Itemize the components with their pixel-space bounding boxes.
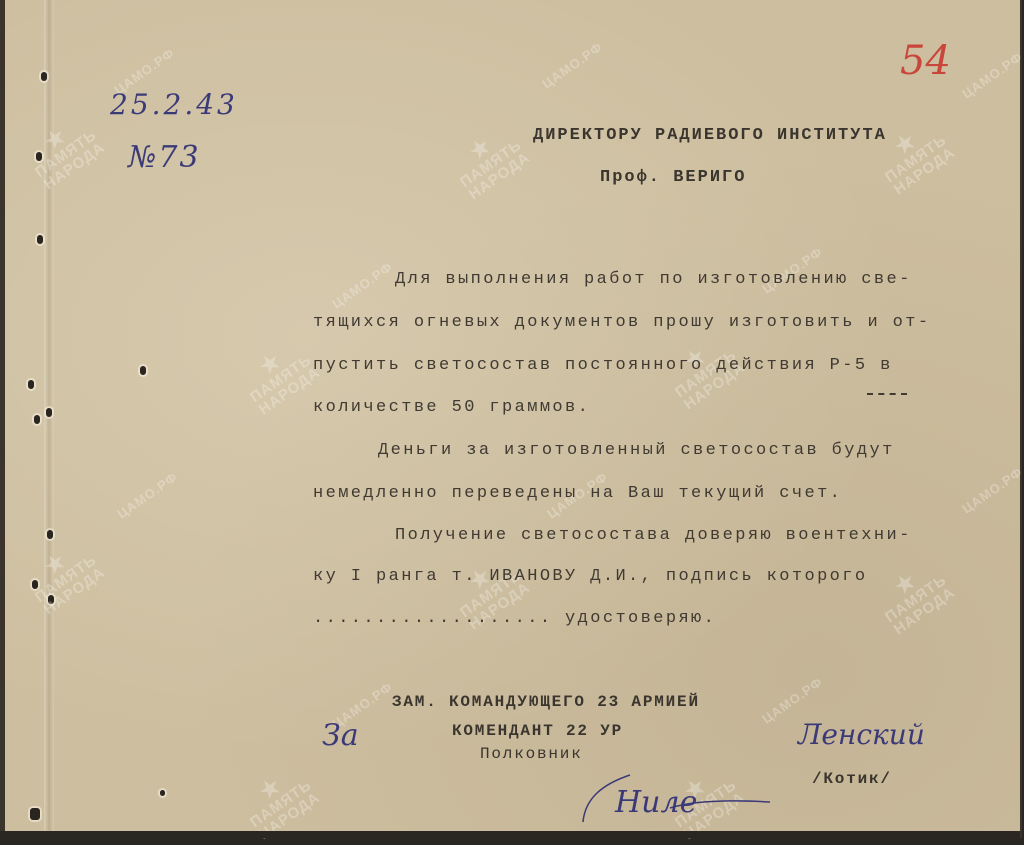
- signature-flourish: [575, 770, 775, 830]
- handwritten-date: 25.2.43: [110, 88, 238, 121]
- binding-hole: [28, 380, 34, 389]
- watermark-line: ПАМЯТЬ: [882, 572, 950, 627]
- binding-hole: [41, 72, 47, 81]
- paper-spot: [140, 366, 146, 375]
- watermark-pamyat-naroda: ★ ПАМЯТЬ НАРОДА: [20, 109, 108, 192]
- watermark-pamyat-naroda: ★ ПАМЯТЬ НАРОДА: [235, 334, 323, 417]
- watermark-tsamo: ЦАМО.РФ: [540, 40, 605, 91]
- document-page: ЦАМО.РФ ЦАМО.РФ ЦАМО.РФ ЦАМО.РФ ЦАМО.РФ …: [0, 0, 1022, 838]
- body-line-6: немедленно переведены на Ваш текущий сче…: [313, 484, 842, 503]
- watermark-line: ПАМЯТЬ: [32, 552, 100, 607]
- addressee-line-2: Проф. ВЕРИГО: [600, 168, 746, 187]
- body-line-5: Деньги за изготовленный светосостав буду…: [378, 441, 895, 460]
- watermark-line: НАРОДА: [466, 149, 533, 203]
- watermark-line: ПАМЯТЬ: [247, 352, 315, 407]
- p5-underline: [867, 393, 907, 395]
- binding-hole: [47, 530, 53, 539]
- addressee-line-1: ДИРЕКТОРУ РАДИЕВОГО ИНСТИТУТА: [533, 126, 887, 145]
- watermark-pamyat-naroda: ★ ПАМЯТЬ НАРОДА: [20, 534, 108, 617]
- star-icon: ★: [870, 554, 941, 613]
- star-icon: ★: [235, 334, 306, 393]
- binding-hole: [32, 580, 38, 589]
- archive-page-number: 54: [900, 38, 951, 84]
- watermark-tsamo: ЦАМО.РФ: [960, 465, 1024, 516]
- signatory-title-2: КОМЕНДАНТ 22 УР: [452, 722, 623, 740]
- page-bottom-edge: [0, 831, 1020, 838]
- paper-spot: [160, 790, 165, 796]
- signatory-rank: Полковник: [480, 745, 583, 763]
- star-icon: ★: [235, 759, 306, 818]
- signatory-name: /Котик/: [812, 770, 892, 788]
- watermark-line: ПАМЯТЬ: [247, 777, 315, 832]
- handwritten-signature-lensky: Ленский: [798, 718, 925, 751]
- watermark-tsamo: ЦАМО.РФ: [330, 260, 395, 311]
- watermark-tsamo: ЦАМО.РФ: [960, 50, 1024, 101]
- watermark-line: ПАМЯТЬ: [882, 132, 950, 187]
- watermark-line: НАРОДА: [891, 144, 958, 198]
- binding-hole: [48, 595, 54, 604]
- watermark-tsamo: ЦАМО.РФ: [115, 470, 180, 521]
- binding-hole: [34, 415, 40, 424]
- handwritten-number: №73: [128, 140, 201, 175]
- body-line-3: пустить светосостав постоянного действия…: [313, 356, 893, 375]
- binding-hole: [30, 808, 40, 820]
- handwritten-za: За: [322, 718, 359, 753]
- binding-hole: [36, 152, 42, 161]
- binding-fold: [44, 0, 54, 838]
- star-icon: ★: [445, 119, 516, 178]
- body-line-7: Получение светосостава доверяю воентехни…: [395, 526, 912, 545]
- page-left-edge: [0, 0, 5, 838]
- star-icon: ★: [20, 534, 91, 593]
- star-icon: ★: [20, 109, 91, 168]
- body-line-2: тящихся огневых документов прошу изготов…: [313, 313, 930, 332]
- watermark-line: НАРОДА: [891, 584, 958, 638]
- body-line-9: ................... удостоверяю.: [313, 609, 716, 628]
- binding-hole: [46, 408, 52, 417]
- signatory-title-1: ЗАМ. КОМАНДУЮЩЕГО 23 АРМИЕЙ: [392, 693, 700, 711]
- body-line-4: количестве 50 граммов.: [313, 398, 590, 417]
- watermark-pamyat-naroda: ★ ПАМЯТЬ НАРОДА: [870, 554, 958, 637]
- watermark-line: ПАМЯТЬ: [457, 137, 525, 192]
- body-line-8: ку I ранга т. ИВАНОВУ Д.И., подпись кото…: [313, 567, 867, 586]
- watermark-pamyat-naroda: ★ ПАМЯТЬ НАРОДА: [445, 119, 533, 202]
- watermark-line: ПАМЯТЬ: [32, 127, 100, 182]
- body-line-1: Для выполнения работ по изготовлению све…: [395, 270, 912, 289]
- binding-hole: [37, 235, 43, 244]
